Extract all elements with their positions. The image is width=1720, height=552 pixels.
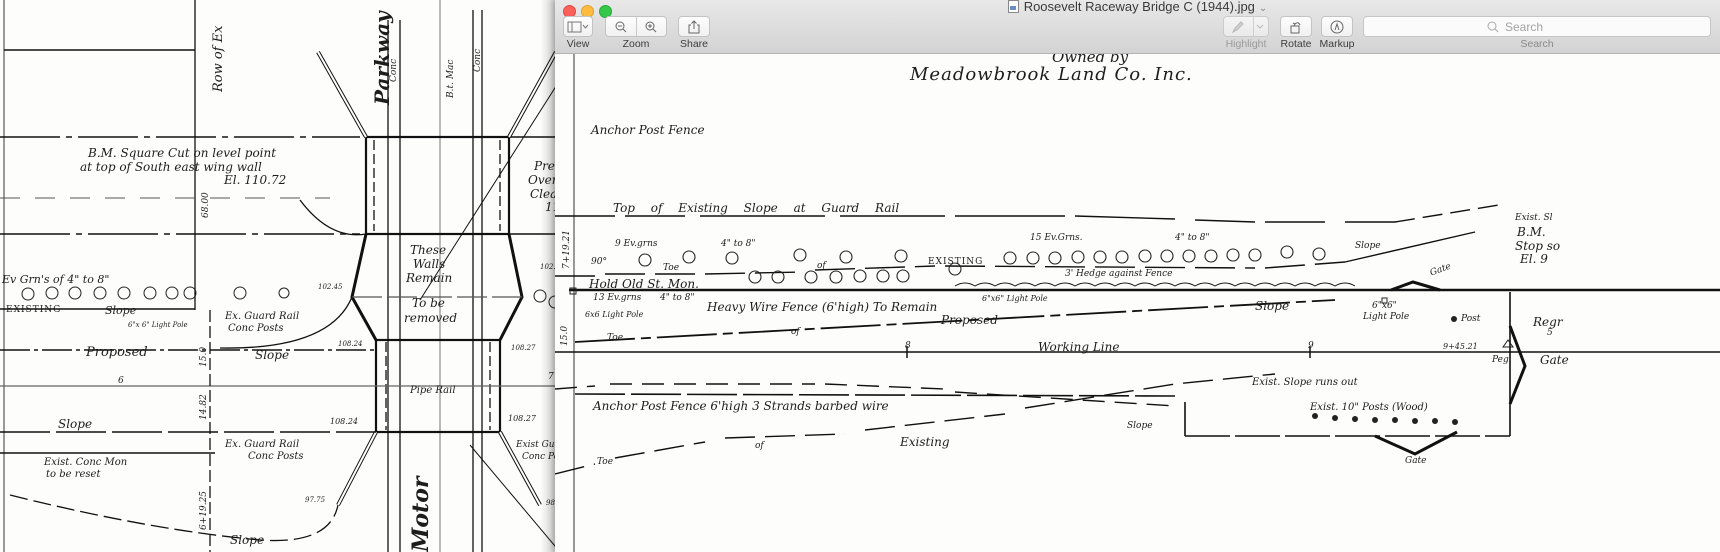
label-bm-2: at top of South east wing wall — [80, 161, 262, 173]
label-hedge: 3' Hedge against Fence — [1065, 270, 1172, 279]
label-wire-fence: Heavy Wire Fence (6'high) To Remain — [707, 301, 937, 313]
label-light-pole-mid: 6"x6" Light Pole — [982, 295, 1048, 303]
label-station-8: 8 — [905, 342, 911, 351]
label-elev-10824-b: 108.24 — [330, 418, 358, 426]
label-of: of — [817, 262, 826, 271]
label-slope-mid: Slope — [1255, 300, 1289, 312]
window-title[interactable]: Roosevelt Raceway Bridge C (1944).jpg⌄ — [555, 0, 1720, 15]
label-motor: Motor — [410, 477, 432, 552]
label-gate-right: Gate — [1540, 354, 1569, 366]
sidebar-view-icon — [567, 21, 589, 33]
label-bm-3: El. 9 — [1520, 253, 1548, 265]
label-pipe-rail: Pipe Rail — [410, 386, 456, 396]
label-bm-3: El. 110.72 — [224, 174, 286, 186]
label-working-line: Working Line — [1038, 341, 1119, 353]
label-sta-61925: 6+19.25 — [200, 491, 209, 530]
label-dim-150: 15.0 — [561, 326, 570, 346]
label-evgrns-9: 9 Ev.grns — [615, 240, 658, 249]
zoom-divider — [636, 17, 637, 36]
label-dim-6800: 68.00 — [202, 192, 211, 218]
label-guard-rail-1b: Conc Posts — [228, 324, 284, 334]
search-input[interactable] — [1503, 19, 1587, 35]
chevron-down-icon — [1256, 24, 1264, 30]
highlight-control — [1223, 16, 1269, 37]
zoom-control — [605, 16, 667, 37]
search-icon — [1487, 21, 1499, 33]
markup-pen-icon — [1330, 20, 1344, 34]
label-slope-3: Slope — [58, 418, 92, 430]
window-title-text: Roosevelt Raceway Bridge C (1944).jpg — [1024, 0, 1255, 14]
label-conc-left: Conc — [390, 59, 399, 82]
label-slope-right: Slope — [1355, 242, 1381, 251]
rotate-icon — [1289, 20, 1303, 34]
label-exist-mon-1: Exist. Conc Mon — [44, 458, 127, 468]
label-exist-posts: Exist. 10" Posts (Wood) — [1310, 403, 1428, 413]
zoom-out-icon — [615, 21, 627, 33]
zoom-label: Zoom — [605, 38, 667, 50]
view-label: View — [563, 38, 593, 50]
label-elev-10827-b: 108.27 — [508, 415, 536, 423]
label-light-pole-left: 6x6 Light Pole — [585, 311, 643, 319]
label-owner: Meadowbrook Land Co. Inc. — [910, 66, 1193, 84]
label-bm-1: B.M. — [1517, 226, 1546, 238]
search-label: Search — [1363, 38, 1711, 50]
label-proposed-left: Proposed — [86, 346, 148, 359]
label-of-2: of — [791, 328, 800, 337]
label-slope-1: Slope — [105, 305, 136, 316]
label-size-b: 4" to 8" — [1175, 234, 1210, 243]
label-regr-1: Regr — [1533, 316, 1563, 328]
label-toe-1: Toe — [663, 264, 679, 273]
label-post: Post — [1461, 315, 1480, 324]
label-anchor-fence-top: Anchor Post Fence — [591, 124, 705, 136]
preview-window: Roosevelt Raceway Bridge C (1944).jpg⌄ V… — [555, 0, 1720, 552]
share-button[interactable] — [678, 16, 710, 37]
label-existing-bottom: Existing — [900, 436, 950, 448]
label-light-pole-right-2: Light Pole — [1363, 313, 1409, 322]
label-elev-10827-a: 108.27 — [511, 345, 536, 352]
markup-label: Markup — [1315, 38, 1359, 50]
label-gate-bottom: Gate — [1405, 457, 1427, 466]
highlight-button[interactable] — [1224, 21, 1251, 33]
label-bit-mac: B.t. Mac — [447, 60, 456, 98]
jpeg-document-icon — [1008, 0, 1019, 13]
label-hold-mon: Hold Old St. Mon. — [589, 278, 699, 290]
label-exist-mon-2: to be reset — [46, 470, 100, 480]
label-slope-4: Slope — [230, 534, 264, 546]
label-dim-1482: 14.82 — [200, 394, 209, 420]
view-button[interactable] — [563, 16, 593, 37]
highlight-label: Highlight — [1219, 38, 1273, 50]
label-slope-2: Slope — [255, 349, 289, 361]
search-field[interactable] — [1363, 16, 1711, 37]
markup-button[interactable] — [1321, 16, 1353, 37]
label-size-c: 4" to 8" — [660, 294, 695, 303]
label-sta-71921: 7+19.21 — [563, 230, 572, 269]
zoom-in-icon — [645, 21, 657, 33]
label-guard-rail-2a: Ex. Guard Rail — [225, 440, 299, 450]
label-evgrns-13: 13 Ev.grns — [593, 294, 641, 303]
label-these: These — [410, 244, 446, 256]
chevron-down-icon: ⌄ — [1259, 3, 1267, 14]
label-station-9: 9 — [1308, 342, 1314, 351]
highlight-divider — [1253, 17, 1254, 36]
label-light-pole-right-1: 6"x6" — [1372, 302, 1397, 311]
label-slope-bottom: Slope — [1127, 422, 1153, 431]
label-evgrns-15: 15 Ev.Grns. — [1030, 234, 1083, 243]
label-elev-10824-a: 108.24 — [338, 341, 363, 348]
label-toe-2: Toe — [607, 334, 623, 343]
label-removed: removed — [404, 312, 457, 324]
label-elev-10245: 102.45 — [318, 284, 343, 291]
label-exist-slope-runs: Exist. Slope runs out — [1252, 378, 1358, 388]
label-toe-3: Toe — [597, 458, 613, 467]
label-guard-rail-2b: Conc Posts — [248, 452, 304, 462]
label-regr-2: 5 — [1547, 329, 1553, 338]
title-bar[interactable]: Roosevelt Raceway Bridge C (1944).jpg⌄ V… — [555, 0, 1720, 54]
rotate-label: Rotate — [1276, 38, 1316, 50]
label-exist-slope-top: Exist. Sl — [1515, 214, 1553, 223]
label-angle-90: 90° — [591, 258, 607, 267]
label-elev-9775: 97.75 — [305, 497, 325, 504]
window-shadow — [540, 0, 556, 552]
rotate-button[interactable] — [1280, 16, 1312, 37]
label-station-6: 6 — [118, 377, 124, 386]
label-size-a: 4" to 8" — [721, 240, 756, 249]
label-peg: Peg — [1492, 356, 1509, 365]
label-proposed: Proposed — [941, 314, 998, 326]
label-dim-150: 15.0 — [200, 347, 209, 367]
zoom-out-button[interactable] — [606, 21, 636, 33]
share-icon — [688, 20, 700, 34]
label-grns: Ev Grn's of 4" to 8" — [2, 274, 109, 285]
label-guard-rail-1a: Ex. Guard Rail — [225, 312, 299, 322]
label-row-of: Row of Ex — [212, 26, 225, 92]
document-view[interactable]: Owned by Meadowbrook Land Co. Inc. Ancho… — [555, 54, 1720, 552]
zoom-in-button[interactable] — [636, 21, 666, 33]
highlighter-icon — [1231, 21, 1245, 33]
label-bm-2: Stop so — [1515, 240, 1560, 252]
label-existing: EXISTING — [928, 258, 983, 267]
label-existing-left: EXISTING — [6, 306, 61, 315]
label-conc-right: Conc — [474, 49, 483, 72]
label-walls: Walls — [413, 258, 445, 270]
label-remain: Remain — [406, 272, 452, 284]
label-to-be: To be — [412, 297, 445, 309]
label-bm-1: B.M. Square Cut on level point — [88, 147, 276, 159]
label-light-pole-left: 6"x 6" Light Pole — [128, 322, 188, 329]
share-label: Share — [678, 38, 710, 50]
label-sta-94521: 9+45.21 — [1443, 343, 1478, 351]
label-of-3: of — [755, 442, 764, 451]
label-anchor-fence-bottom: Anchor Post Fence 6'high 3 Strands barbe… — [593, 400, 889, 412]
label-top-of-slope: Top of Existing Slope at Guard Rail — [613, 202, 899, 214]
